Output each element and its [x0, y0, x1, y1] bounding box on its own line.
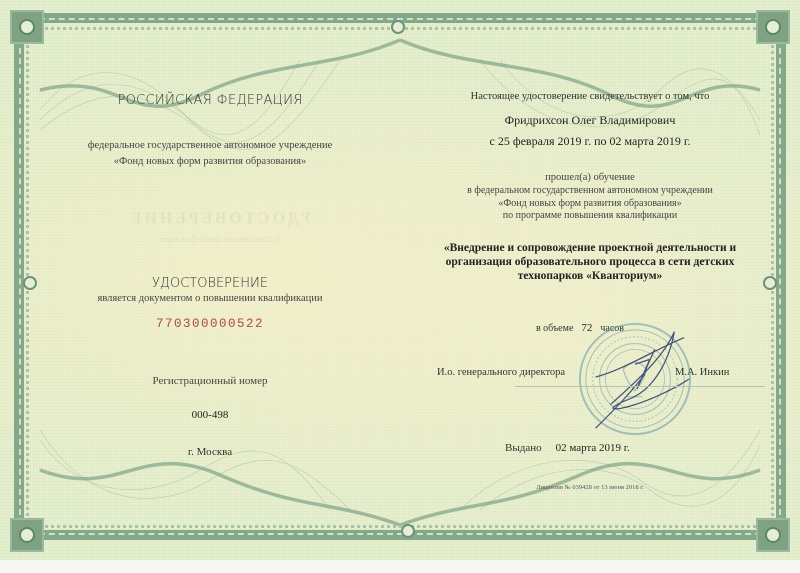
training-org-line2: «Фонд новых форм развития образования»: [440, 198, 740, 209]
program-title: «Внедрение и сопровождение проектной дея…: [420, 241, 760, 283]
intro-text: Настоящее удостоверение свидетельствует …: [440, 91, 740, 102]
person-name: Фридрихсон Олег Владимирович: [440, 113, 740, 128]
signer-name: М.А. Инкин: [675, 367, 745, 378]
trained-text: прошел(а) обучение: [440, 172, 740, 183]
license-text: Лицензия № 039428 от 13 июня 2018 г.: [470, 484, 710, 491]
country-heading: РОССИЙСКАЯ ФЕДЕРАЦИЯ: [110, 93, 310, 108]
issued-line: Выдано02 марта 2019 г.: [505, 442, 645, 454]
certificate-sheet: РОССИЙСКАЯ ФЕДЕРАЦИЯ федеральное государ…: [0, 0, 800, 560]
rosette-ornament-icon: [756, 518, 790, 552]
issuer-org-line2: «Фонд новых форм развития образования»: [80, 156, 340, 167]
ornament-icon: [23, 276, 37, 290]
watermark-subtitle: о повышении квалификации: [100, 234, 340, 245]
scan-margin: [0, 560, 800, 573]
issued-label: Выдано: [505, 442, 542, 454]
rosette-ornament-icon: [10, 518, 44, 552]
hours-prefix: в объеме: [536, 323, 573, 334]
ornament-icon: [391, 20, 405, 34]
ornament-icon: [401, 524, 415, 538]
certificate-subtitle: является документом о повышении квалифик…: [80, 293, 340, 304]
watermark-title: УДОСТОВЕРЕНИЕ: [100, 210, 340, 228]
issued-date: 02 марта 2019 г.: [556, 442, 630, 454]
training-org-line1: в федеральном государственном автономном…: [440, 185, 740, 196]
registration-label: Регистрационный номер: [110, 375, 310, 387]
training-period: с 25 февраля 2019 г. по 02 марта 2019 г.: [440, 134, 740, 149]
certificate-title: УДОСТОВЕРЕНИЕ: [110, 276, 310, 291]
program-label: по программе повышения квалификации: [440, 210, 740, 221]
official-seal-icon: [576, 320, 694, 438]
registration-number: 000-498: [110, 409, 310, 421]
issuer-org-line1: федеральное государственное автономное у…: [80, 140, 340, 151]
ornament-icon: [763, 276, 777, 290]
issue-city: г. Москва: [110, 446, 310, 458]
director-title: И.о. генерального директора: [437, 367, 597, 378]
serial-number: 770300000522: [110, 317, 310, 331]
rosette-ornament-icon: [10, 10, 44, 44]
rosette-ornament-icon: [756, 10, 790, 44]
signature-line: [515, 386, 765, 387]
